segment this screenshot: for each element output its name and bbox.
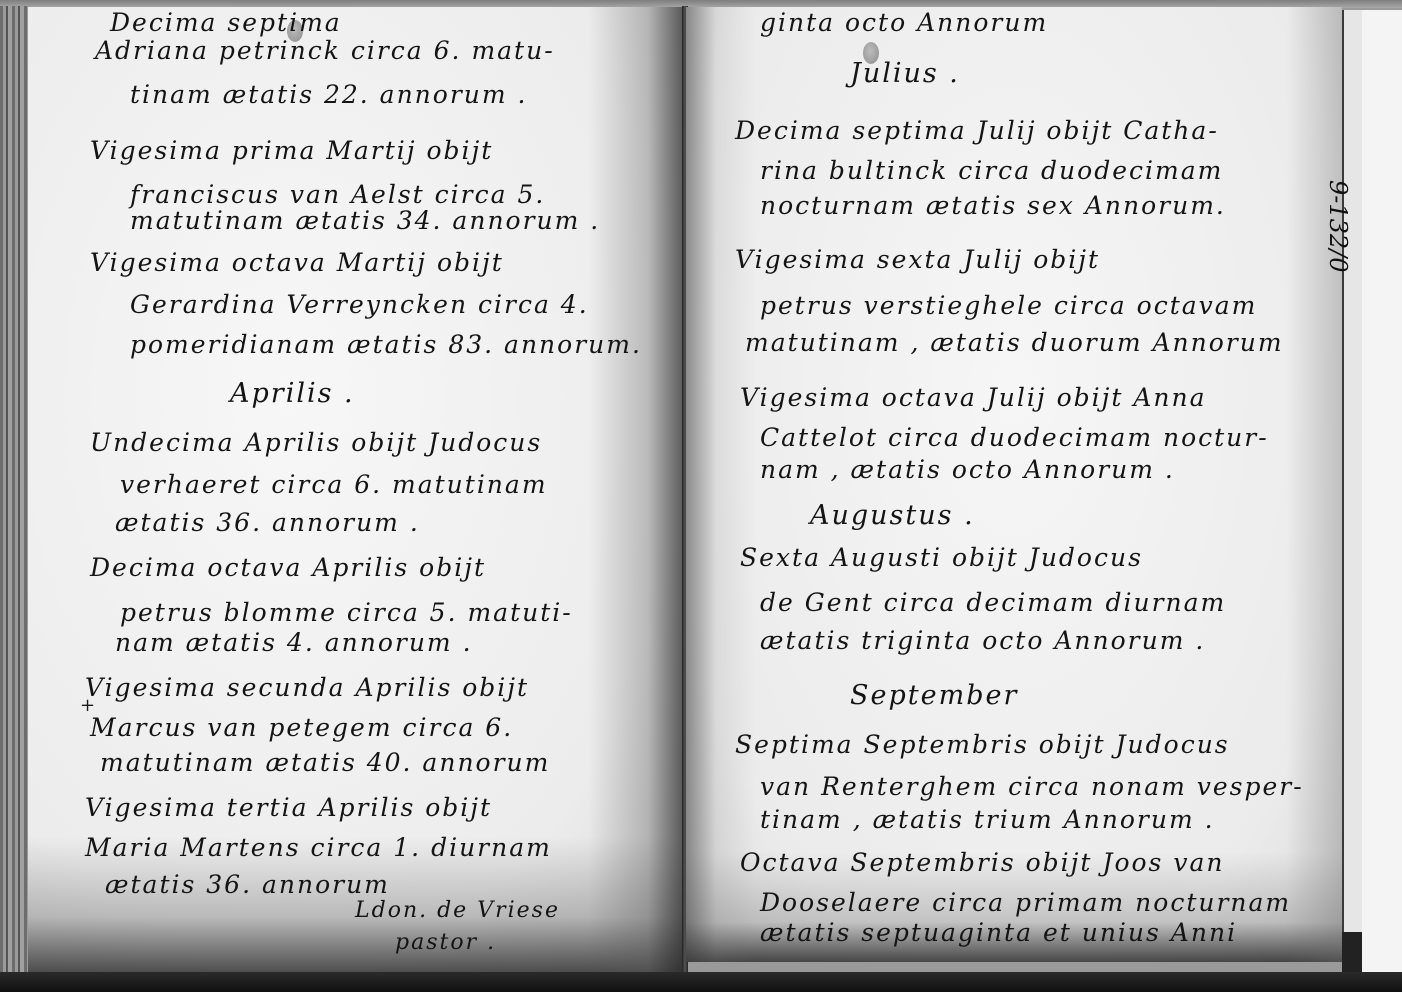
register-line: de Gent circa decimam diurnam — [760, 588, 1226, 617]
margin-cross-mark: + — [80, 695, 95, 716]
register-line: tinam , ætatis trium Annorum . — [760, 805, 1215, 834]
month-heading: September — [850, 680, 1018, 711]
register-line: nocturnam ætatis sex Annorum. — [760, 191, 1226, 220]
month-heading: Julius . — [850, 58, 960, 89]
register-line: Cattelot circa duodecimam noctur- — [760, 423, 1269, 452]
register-line: Decima septima Julij obijt Catha- — [735, 116, 1219, 145]
register-line: Dooselaere circa primam nocturnam — [760, 888, 1291, 917]
register-line: Vigesima sexta Julij obijt — [735, 245, 1100, 274]
register-line: ginta octo Annorum — [760, 8, 1048, 37]
register-line: Sexta Augusti obijt Judocus — [740, 543, 1143, 572]
register-line: nam , ætatis octo Annorum . — [760, 455, 1175, 484]
register-line: Septima Septembris obijt Judocus — [735, 730, 1230, 759]
catalog-number: 9-132/0 — [1324, 180, 1352, 273]
right-page-text: ginta octo AnnorumJulius .Decima septima… — [0, 0, 1402, 992]
register-line: matutinam , ætatis duorum Annorum — [745, 328, 1284, 357]
pastor-signature-name: Ldon. de Vriese — [355, 898, 560, 923]
register-line: ætatis triginta octo Annorum . — [760, 626, 1205, 655]
register-line: Octava Septembris obijt Joos van — [740, 848, 1224, 877]
register-line: van Renterghem circa nonam vesper- — [760, 772, 1304, 801]
register-line: ætatis septuaginta et unius Anni — [760, 918, 1237, 947]
month-heading: Augustus . — [810, 500, 975, 531]
scanned-document: Decima septimaAdriana petrinck circa 6. … — [0, 0, 1402, 992]
register-line: Vigesima octava Julij obijt Anna — [740, 383, 1207, 412]
register-line: petrus verstieghele circa octavam — [760, 291, 1257, 320]
register-line: rina bultinck circa duodecimam — [760, 156, 1223, 185]
pastor-signature-title: pastor . — [395, 930, 496, 955]
